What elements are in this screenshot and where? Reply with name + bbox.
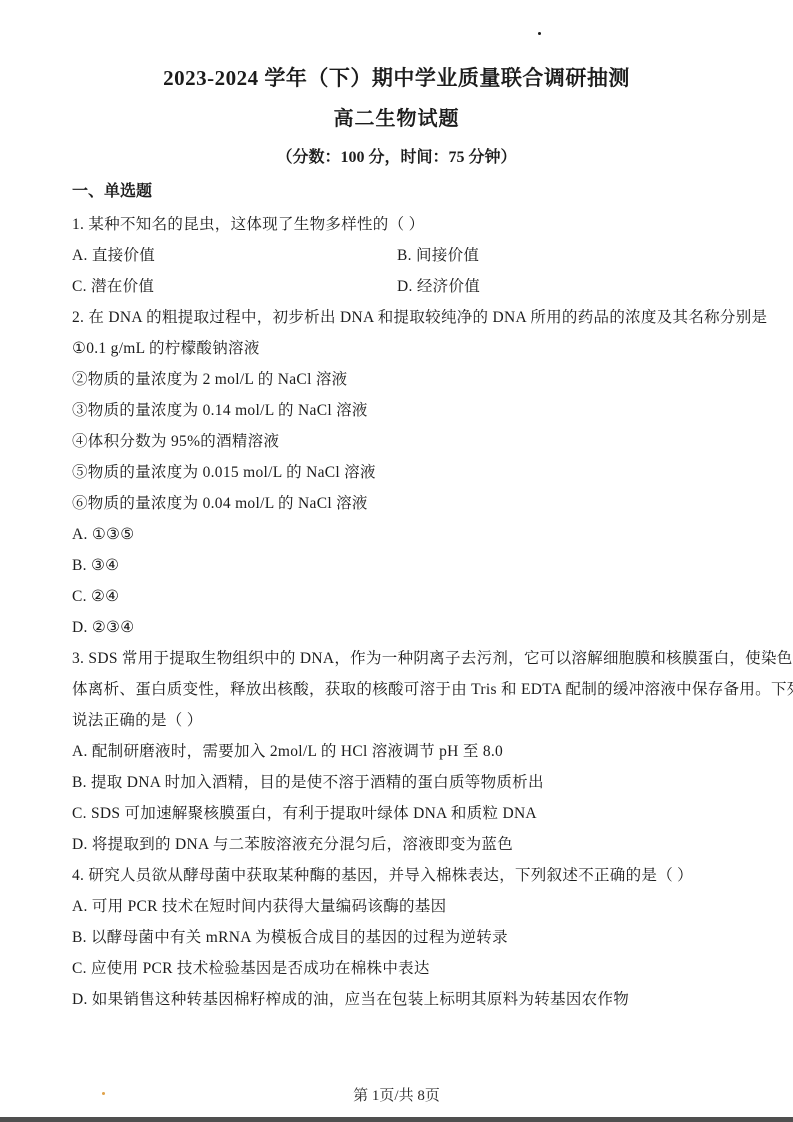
question-1-stem: 1. 某种不知名的昆虫，这体现了生物多样性的（ ） [72, 209, 753, 240]
exam-title: 2023-2024 学年（下）期中学业质量联合调研抽测 [0, 0, 793, 92]
page-number-footer: 第 1页/共 8页 [0, 1086, 793, 1106]
question-4-option-b: B. 以酵母菌中有关 mRNA 为模板合成目的基因的过程为逆转录 [72, 922, 753, 953]
question-2-item-4: ④体积分数为 95%的酒精溶液 [72, 426, 753, 457]
question-3-stem-line-3: 说法正确的是（ ） [72, 705, 753, 736]
exam-page: 2023-2024 学年（下）期中学业质量联合调研抽测 高二生物试题 （分数：1… [0, 0, 793, 1122]
question-2-item-6: ⑥物质的量浓度为 0.04 mol/L 的 NaCl 溶液 [72, 488, 753, 519]
question-2-option-b: B. ③④ [72, 550, 753, 581]
question-2-option-c: C. ②④ [72, 581, 753, 612]
question-2-option-d: D. ②③④ [72, 612, 753, 643]
question-4-option-d: D. 如果销售这种转基因棉籽榨成的油，应当在包装上标明其原料为转基因农作物 [72, 984, 753, 1015]
question-1-option-c: C. 潜在价值 [72, 271, 397, 302]
question-4-option-c: C. 应使用 PCR 技术检验基因是否成功在棉株中表达 [72, 953, 753, 984]
question-4-stem: 4. 研究人员欲从酵母菌中获取某种酶的基因，并导入棉株表达，下列叙述不正确的是（… [72, 860, 753, 891]
question-2-item-1: ①0.1 g/mL 的柠檬酸钠溶液 [72, 333, 753, 364]
question-1-option-b: B. 间接价值 [397, 240, 479, 271]
bottom-edge-bar [0, 1117, 793, 1122]
question-3-stem-line-2: 体离析、蛋白质变性，释放出核酸，获取的核酸可溶于由 Tris 和 EDTA 配制… [72, 674, 753, 705]
question-3-option-a: A. 配制研磨液时，需要加入 2mol/L 的 HCl 溶液调节 pH 至 8.… [72, 736, 753, 767]
question-1-options-row-ab: A. 直接价值 B. 间接价值 [72, 240, 753, 271]
question-list: 1. 某种不知名的昆虫，这体现了生物多样性的（ ） A. 直接价值 B. 间接价… [0, 209, 793, 1015]
question-1-options-row-cd: C. 潜在价值 D. 经济价值 [72, 271, 753, 302]
question-4-option-a: A. 可用 PCR 技术在短时间内获得大量编码该酶的基因 [72, 891, 753, 922]
question-3-option-c: C. SDS 可加速解聚核膜蛋白，有利于提取叶绿体 DNA 和质粒 DNA [72, 798, 753, 829]
question-3-option-d: D. 将提取到的 DNA 与二苯胺溶液充分混匀后，溶液即变为蓝色 [72, 829, 753, 860]
question-3-stem-line-1: 3. SDS 常用于提取生物组织中的 DNA，作为一种阴离子去污剂，它可以溶解细… [72, 643, 753, 674]
exam-meta-score-time: （分数：100 分，时间：75 分钟） [0, 148, 793, 168]
question-2-stem: 2. 在 DNA 的粗提取过程中，初步析出 DNA 和提取较纯净的 DNA 所用… [72, 302, 753, 333]
scan-speck-top [538, 32, 541, 35]
question-2-item-5: ⑤物质的量浓度为 0.015 mol/L 的 NaCl 溶液 [72, 457, 753, 488]
question-3-option-b: B. 提取 DNA 时加入酒精，目的是使不溶于酒精的蛋白质等物质析出 [72, 767, 753, 798]
question-2-item-3: ③物质的量浓度为 0.14 mol/L 的 NaCl 溶液 [72, 395, 753, 426]
section-heading: 一、单选题 [72, 182, 793, 202]
question-2-item-2: ②物质的量浓度为 2 mol/L 的 NaCl 溶液 [72, 364, 753, 395]
question-1-option-a: A. 直接价值 [72, 240, 397, 271]
question-2-option-a: A. ①③⑤ [72, 519, 753, 550]
question-1-option-d: D. 经济价值 [397, 271, 480, 302]
exam-subtitle: 高二生物试题 [0, 106, 793, 132]
